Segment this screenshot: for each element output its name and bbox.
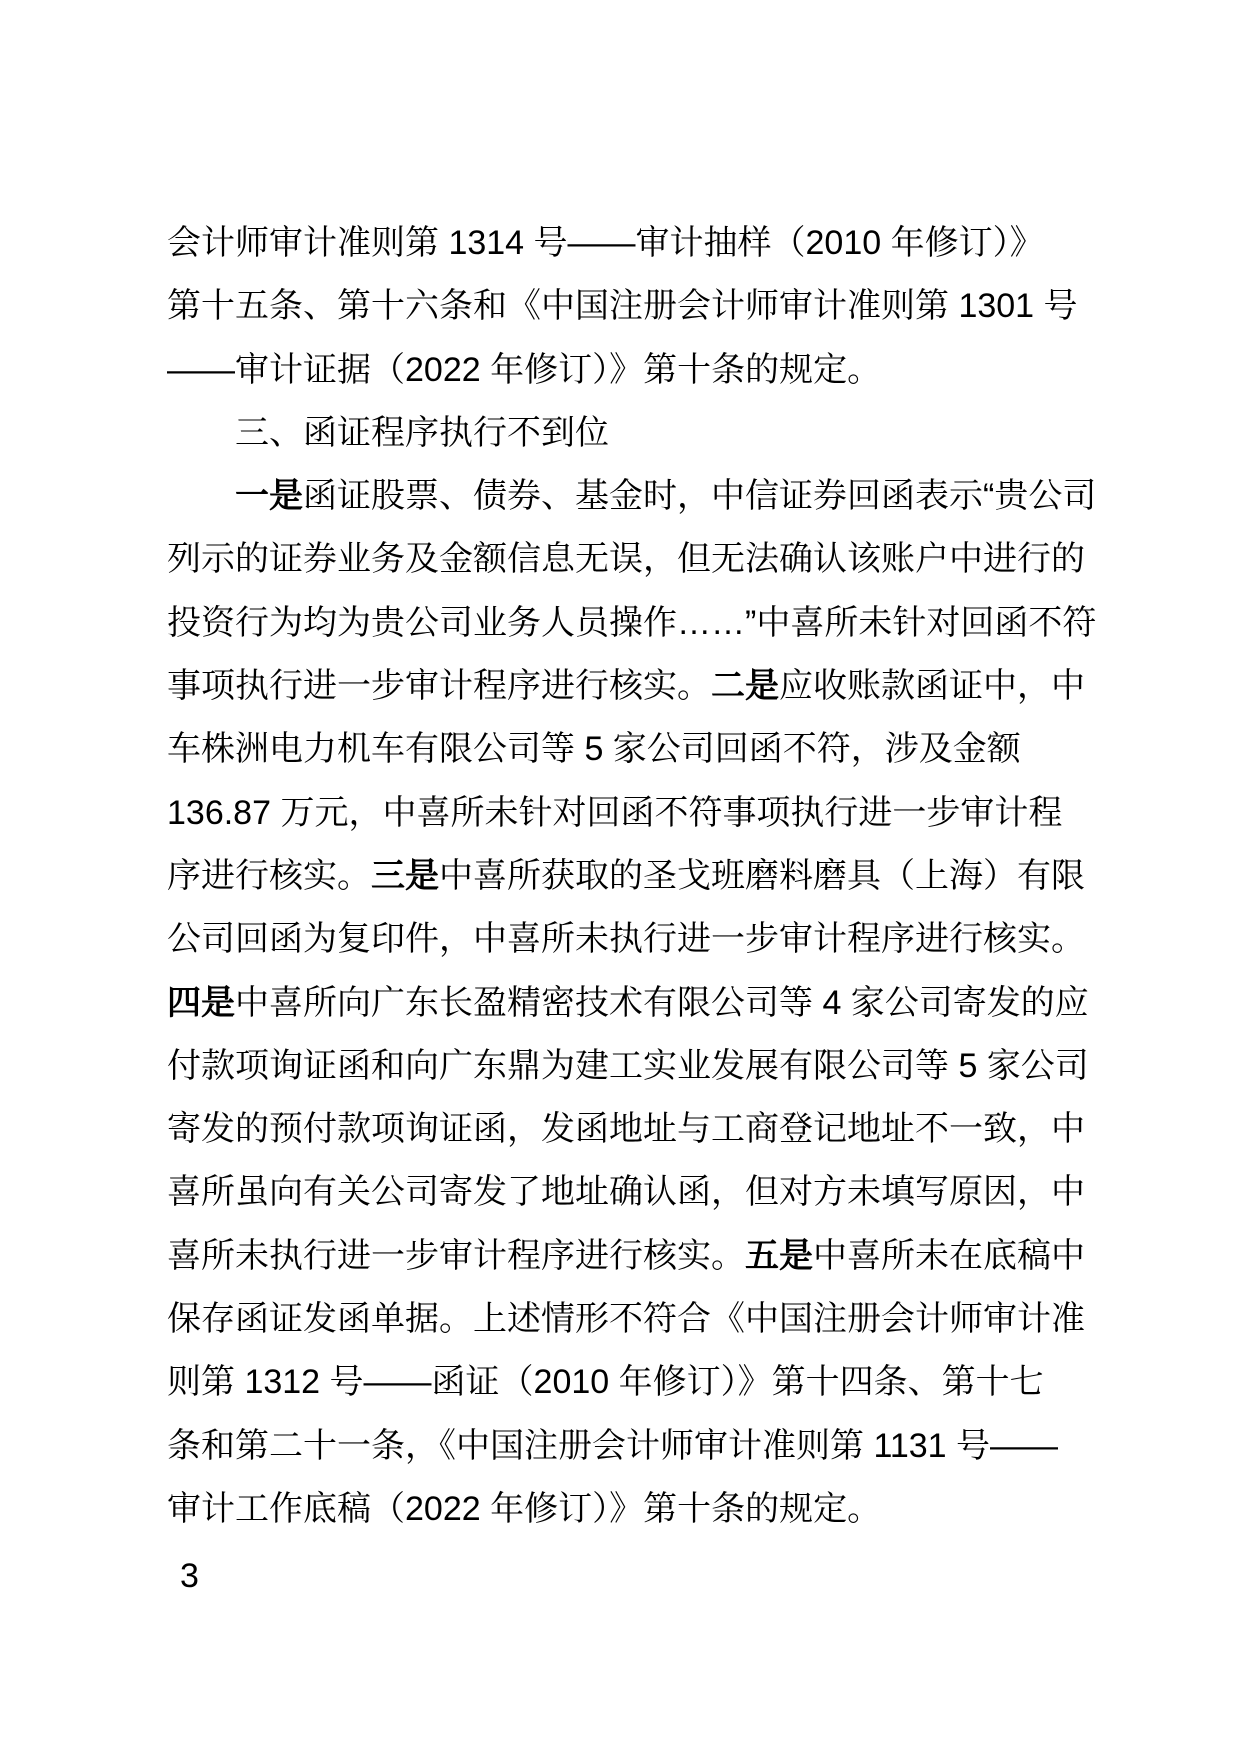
text-run-bold: 四是 xyxy=(167,984,235,1022)
text-run: 条和第二十一条，《中国注册会计师审计准则第 1131 号—— xyxy=(167,1427,1058,1465)
text-line: 序进行核实。三是中喜所获取的圣戈班磨料磨具（上海）有限 xyxy=(167,845,1107,908)
text-run: 中喜所向广东长盈精密技术有限公司等 4 家公司寄发的应 xyxy=(235,984,1089,1022)
text-run: 函证股票、债券、基金时，中信证券回函表示“贵公司 xyxy=(303,477,1096,515)
text-run-bold: 五是 xyxy=(745,1237,813,1275)
text-run: 中喜所未在底稿中 xyxy=(813,1237,1085,1275)
text-line: 会计师审计准则第 1314 号——审计抽样（2010 年修订）》 xyxy=(167,212,1107,275)
text-line: 三、函证程序执行不到位 xyxy=(167,402,1107,465)
text-run: 序进行核实。 xyxy=(167,857,371,895)
document-body: 会计师审计准则第 1314 号——审计抽样（2010 年修订）》第十五条、第十六… xyxy=(167,212,1107,1541)
text-line: ——审计证据（2022 年修订）》第十条的规定。 xyxy=(167,339,1107,402)
text-line: 车株洲电力机车有限公司等 5 家公司回函不符，涉及金额 xyxy=(167,718,1107,781)
text-line: 喜所未执行进一步审计程序进行核实。五是中喜所未在底稿中 xyxy=(167,1225,1107,1288)
text-run: 三、函证程序执行不到位 xyxy=(235,414,609,452)
text-run: 喜所虽向有关公司寄发了地址确认函，但对方未填写原因，中 xyxy=(167,1173,1085,1211)
text-line: 公司回函为复印件，中喜所未执行进一步审计程序进行核实。 xyxy=(167,908,1107,971)
text-run: 第十五条、第十六条和《中国注册会计师审计准则第 1301 号 xyxy=(167,287,1078,325)
text-run: 事项执行进一步审计程序进行核实。 xyxy=(167,667,711,705)
text-run: 应收账款函证中，中 xyxy=(779,667,1085,705)
text-run-bold: 二是 xyxy=(711,667,779,705)
text-line: 四是中喜所向广东长盈精密技术有限公司等 4 家公司寄发的应 xyxy=(167,972,1107,1035)
text-line: 第十五条、第十六条和《中国注册会计师审计准则第 1301 号 xyxy=(167,275,1107,338)
text-run: 投资行为均为贵公司业务人员操作……”中喜所未针对回函不符 xyxy=(167,604,1096,642)
text-line: 条和第二十一条，《中国注册会计师审计准则第 1131 号—— xyxy=(167,1415,1107,1478)
text-line: 寄发的预付款项询证函，发函地址与工商登记地址不一致，中 xyxy=(167,1098,1107,1161)
text-run-bold: 三是 xyxy=(371,857,439,895)
text-line: 一是函证股票、债券、基金时，中信证券回函表示“贵公司 xyxy=(167,465,1107,528)
text-run: ——审计证据（2022 年修订）》第十条的规定。 xyxy=(167,351,881,389)
text-line: 136.87 万元，中喜所未针对回函不符事项执行进一步审计程 xyxy=(167,782,1107,845)
text-run: 喜所未执行进一步审计程序进行核实。 xyxy=(167,1237,745,1275)
text-line: 则第 1312 号——函证（2010 年修订）》第十四条、第十七 xyxy=(167,1351,1107,1414)
text-run: 公司回函为复印件，中喜所未执行进一步审计程序进行核实。 xyxy=(167,920,1085,958)
text-run: 寄发的预付款项询证函，发函地址与工商登记地址不一致，中 xyxy=(167,1110,1085,1148)
text-run-bold: 一是 xyxy=(235,477,303,515)
document-page: 会计师审计准则第 1314 号——审计抽样（2010 年修订）》第十五条、第十六… xyxy=(0,0,1241,1754)
text-line: 付款项询证函和向广东鼎为建工实业发展有限公司等 5 家公司 xyxy=(167,1035,1107,1098)
text-run: 列示的证券业务及金额信息无误，但无法确认该账户中进行的 xyxy=(167,540,1085,578)
text-run: 车株洲电力机车有限公司等 5 家公司回函不符，涉及金额 xyxy=(167,730,1021,768)
text-run: 136.87 万元，中喜所未针对回函不符事项执行进一步审计程 xyxy=(167,794,1062,832)
text-line: 投资行为均为贵公司业务人员操作……”中喜所未针对回函不符 xyxy=(167,592,1107,655)
text-run: 会计师审计准则第 1314 号——审计抽样（2010 年修订）》 xyxy=(167,224,1044,262)
page-number: 3 xyxy=(180,1558,199,1595)
text-run: 中喜所获取的圣戈班磨料磨具（上海）有限 xyxy=(439,857,1085,895)
text-line: 列示的证券业务及金额信息无误，但无法确认该账户中进行的 xyxy=(167,528,1107,591)
text-line: 事项执行进一步审计程序进行核实。二是应收账款函证中，中 xyxy=(167,655,1107,718)
text-run: 审计工作底稿（2022 年修订）》第十条的规定。 xyxy=(167,1490,881,1528)
text-line: 喜所虽向有关公司寄发了地址确认函，但对方未填写原因，中 xyxy=(167,1161,1107,1224)
text-line: 审计工作底稿（2022 年修订）》第十条的规定。 xyxy=(167,1478,1107,1541)
text-line: 保存函证发函单据。上述情形不符合《中国注册会计师审计准 xyxy=(167,1288,1107,1351)
text-run: 保存函证发函单据。上述情形不符合《中国注册会计师审计准 xyxy=(167,1300,1085,1338)
text-run: 付款项询证函和向广东鼎为建工实业发展有限公司等 5 家公司 xyxy=(167,1047,1089,1085)
text-run: 则第 1312 号——函证（2010 年修订）》第十四条、第十七 xyxy=(167,1363,1044,1401)
